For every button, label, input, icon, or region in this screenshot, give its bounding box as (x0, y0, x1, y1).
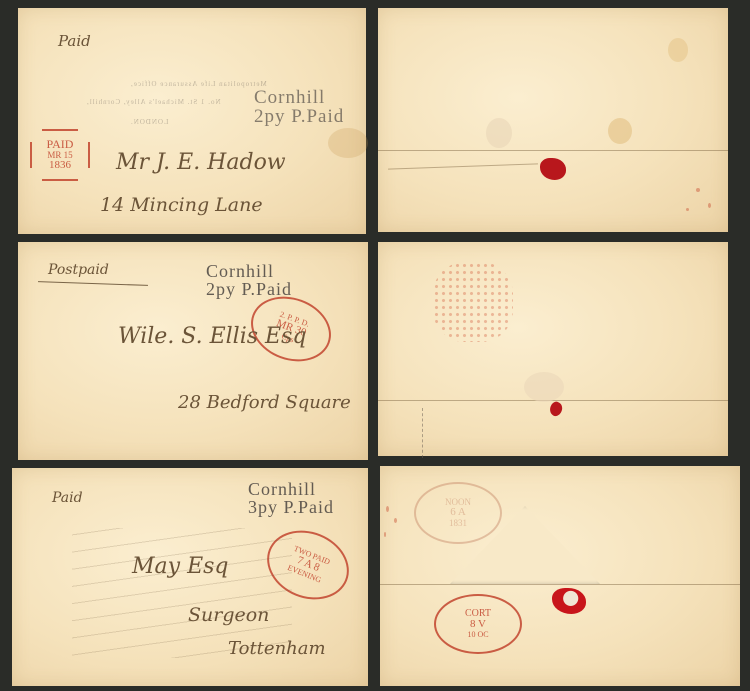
handstamp-line-2: 2py P.Paid (254, 107, 344, 126)
cover-3-front: Postpaid Cornhill 2py P.Paid 2. P. P. D.… (18, 242, 368, 460)
manuscript-endorsement: Paid (58, 32, 91, 50)
cover-4-back (378, 242, 728, 456)
datestamp-paid: PAID (47, 138, 74, 151)
printed-heading-line-1: Metropolitan Life Assurance Office, (130, 80, 267, 88)
wax-seal (540, 158, 566, 180)
datestamp-year: 1831 (449, 519, 467, 528)
red-offset-speckles (433, 262, 513, 342)
datestamp-year: 1836 (49, 160, 71, 172)
fold-line (388, 163, 538, 169)
address-line-2: Surgeon (188, 604, 269, 626)
paid-datestamp: PAID MR 15 1836 (30, 129, 90, 181)
fold-line (378, 150, 728, 151)
manuscript-endorsement: Postpaid (48, 262, 109, 278)
wax-seal (552, 588, 586, 614)
handstamp-line-2: 2py P.Paid (206, 280, 292, 298)
seal-residue (524, 372, 564, 402)
stain (328, 128, 368, 158)
cover-5-front: Paid Cornhill 3py P.Paid TWO PAID 7 A 8 … (12, 468, 368, 686)
red-receiving-datestamp: CORT 8 V 10 OC (434, 594, 522, 654)
faint-noon-datestamp: NOON 6 A 1831 (414, 482, 502, 544)
address-line-3: Tottenham (228, 638, 326, 659)
underline (38, 281, 148, 286)
red-speckle (394, 518, 397, 523)
handstamp-line-1: Cornhill (254, 88, 344, 107)
handstamp-line-1: Cornhill (206, 262, 292, 280)
address-line-2: 14 Mincing Lane (100, 194, 263, 216)
red-speckle (384, 532, 386, 537)
handstamp-line-1: Cornhill (248, 480, 334, 498)
stain (668, 38, 688, 62)
red-speckle (696, 188, 700, 192)
red-speckle (386, 506, 389, 512)
pencil-marks (422, 408, 429, 458)
cover-1-front: Paid Metropolitan Life Assurance Office,… (18, 8, 366, 234)
cornhill-handstamp: Cornhill 3py P.Paid (248, 480, 334, 516)
address-line-2: 28 Bedford Square (178, 392, 351, 413)
cornhill-handstamp: Cornhill 2py P.Paid (206, 262, 292, 298)
printed-heading-line-2: No. 1 St. Michael's Alley, Cornhill, (86, 98, 221, 106)
handstamp-line-2: 3py P.Paid (248, 498, 334, 516)
cover-6-back: NOON 6 A 1831 CORT 8 V 10 OC (380, 466, 740, 686)
cover-2-back (378, 8, 728, 232)
cornhill-handstamp: Cornhill 2py P.Paid (254, 88, 344, 126)
red-speckle (686, 208, 689, 211)
wax-seal-remnant (547, 400, 564, 418)
seal-residue (486, 118, 512, 148)
address-line-1: May Esq (132, 554, 229, 579)
datestamp-footer: 10 OC (467, 631, 488, 639)
printed-heading-line-3: LONDON. (130, 118, 168, 126)
seal-residue (608, 118, 632, 144)
fold-line (380, 584, 740, 585)
address-line-1: Wile. S. Ellis Esq (118, 324, 306, 349)
red-speckle (708, 203, 711, 208)
address-line-1: Mr J. E. Hadow (116, 150, 286, 175)
manuscript-endorsement: Paid (52, 490, 83, 506)
